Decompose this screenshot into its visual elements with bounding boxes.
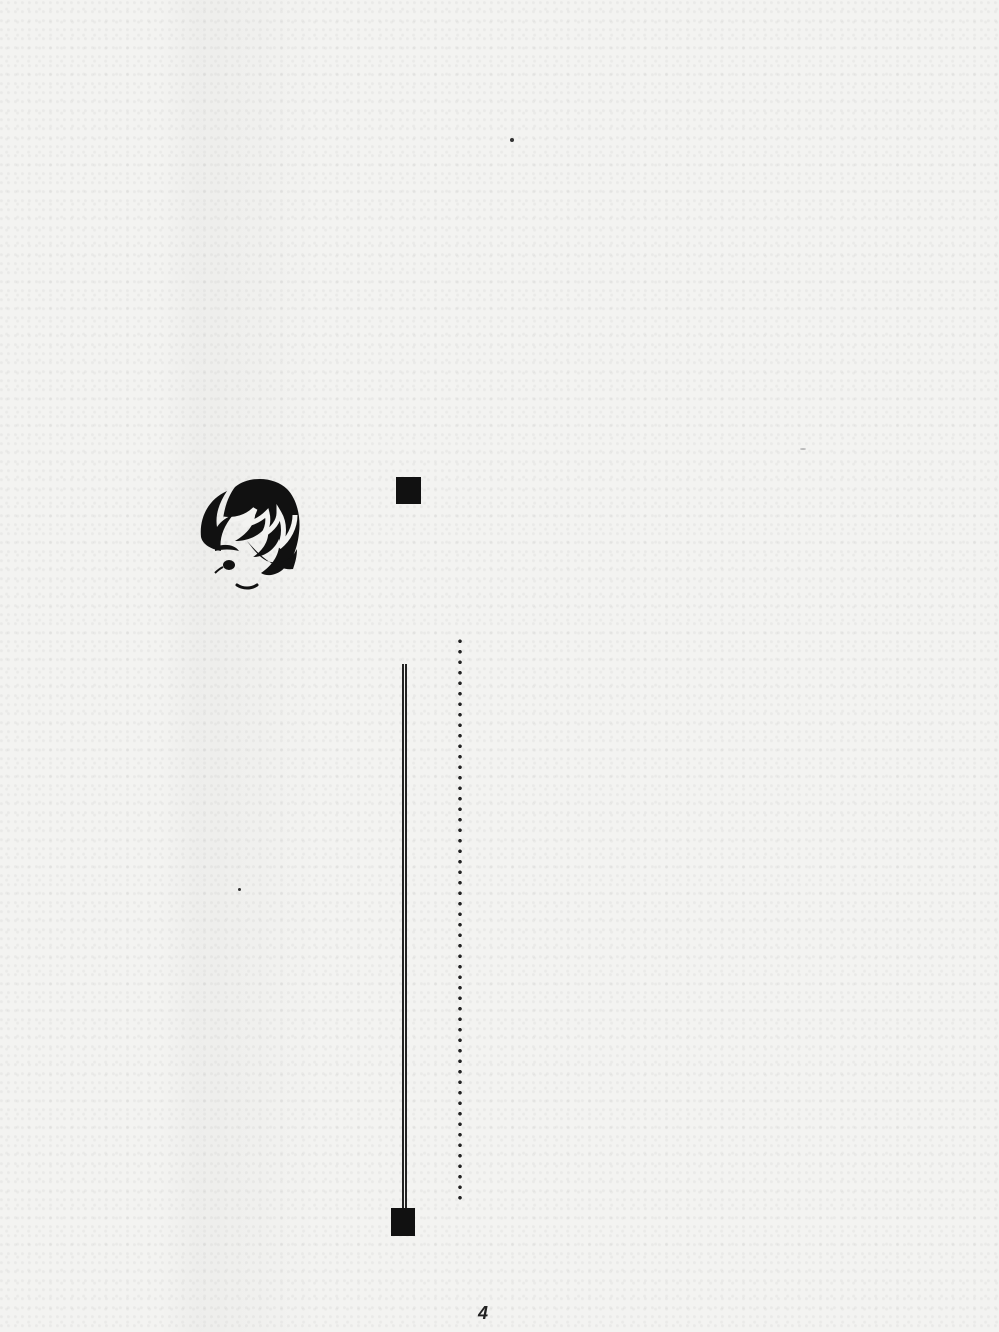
speck (510, 138, 514, 142)
logo-icon (195, 477, 303, 591)
speck (238, 888, 241, 891)
paper-texture (0, 0, 999, 1332)
vertical-double-rule (402, 664, 407, 1210)
top-square-ornament (396, 477, 421, 504)
speck (800, 448, 806, 450)
vertical-dotted-rule (458, 636, 462, 1206)
page-number: 4 (478, 1303, 488, 1324)
bottom-square-ornament (391, 1208, 415, 1236)
